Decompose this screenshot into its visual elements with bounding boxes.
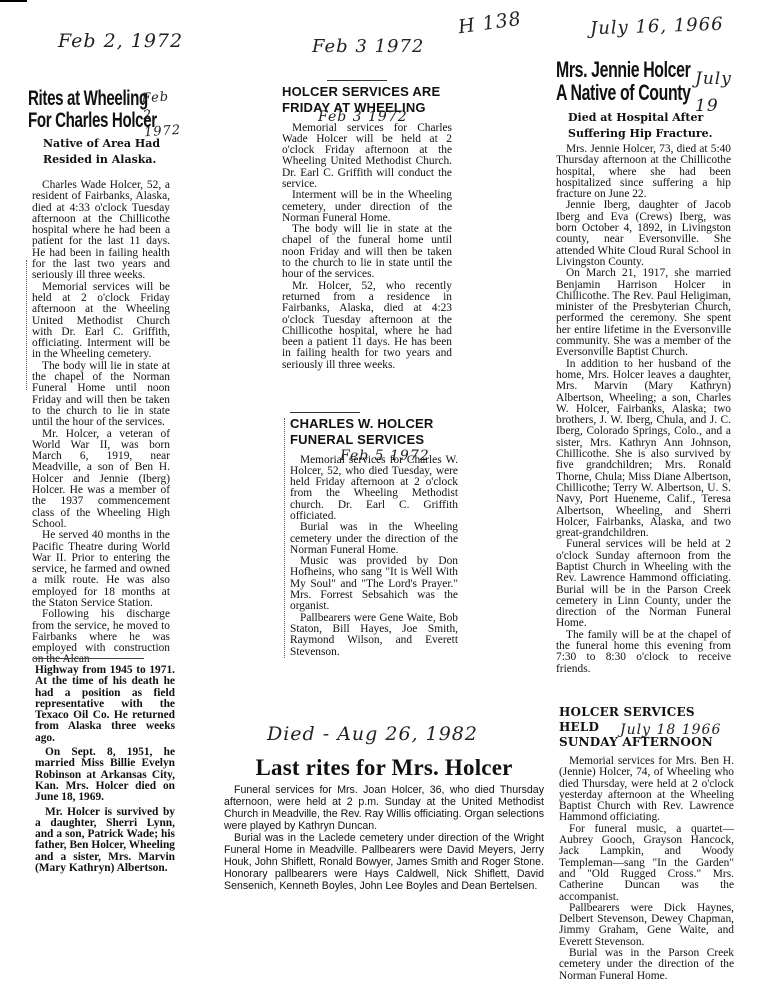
rule-divider xyxy=(290,412,360,413)
handwritten-catalog-number: H 138 xyxy=(457,8,523,39)
article-body-continued: Highway from 1945 to 1971. At the time o… xyxy=(35,665,175,874)
article-body: Charles Wade Holcer, 52, a resident of F… xyxy=(32,180,170,666)
clip-cut-line xyxy=(34,658,144,659)
handwritten-date: Feb 2, 1972 xyxy=(58,30,183,52)
headline: Last rites for Mrs. Holcer xyxy=(224,755,544,781)
clip-edge xyxy=(284,418,285,658)
article-body: Mrs. Jennie Holcer, 73, died at 5:40 Thu… xyxy=(556,144,731,675)
headline: Rites at Wheeling For Charles Holcer xyxy=(28,88,172,132)
subhead: Native of Area Had Resided in Alaska. xyxy=(43,136,173,168)
headline: Mrs. Jennie Holcer A Native of County xyxy=(556,58,729,104)
clipping-rites-at-wheeling: Rites at Wheeling For Charles Holcer Nat… xyxy=(28,88,173,176)
handwritten-date: Feb 3 1972 xyxy=(318,109,408,125)
subhead: Died at Hospital After Suffering Hip Fra… xyxy=(568,110,741,142)
rule-divider xyxy=(327,80,387,81)
handwritten-date: Died - Aug 26, 1982 xyxy=(267,723,478,745)
scan-edge-mark xyxy=(0,0,27,2)
handwritten-date: Feb 5 1972 xyxy=(340,448,430,464)
handwritten-date: July 18 1966 xyxy=(620,722,721,738)
headline: CHARLES W. HOLCER FUNERAL SERVICES xyxy=(290,416,465,449)
article-body: Funeral services for Mrs. Joan Holcer, 3… xyxy=(224,784,544,892)
clipping-jennie-holcer-native: Mrs. Jennie Holcer A Native of County Di… xyxy=(556,58,741,148)
clipping-holcer-services-sunday: HOLCER SERVICES HELD SUNDAY AFTERNOON Me… xyxy=(559,705,739,982)
clipping-last-rites-mrs-holcer: Last rites for Mrs. Holcer Funeral servi… xyxy=(224,755,544,892)
article-body: Memorial services for Mrs. Ben H. (Jenni… xyxy=(559,756,734,982)
handwritten-date: July 16, 1966 xyxy=(590,14,724,40)
handwritten-date: Feb 3 1972 xyxy=(312,36,424,57)
clip-edge xyxy=(26,260,27,390)
article-body: Memorial services for Charles W. Holcer,… xyxy=(290,455,458,658)
article-body: Memorial services for Charles Wade Holce… xyxy=(282,123,452,372)
